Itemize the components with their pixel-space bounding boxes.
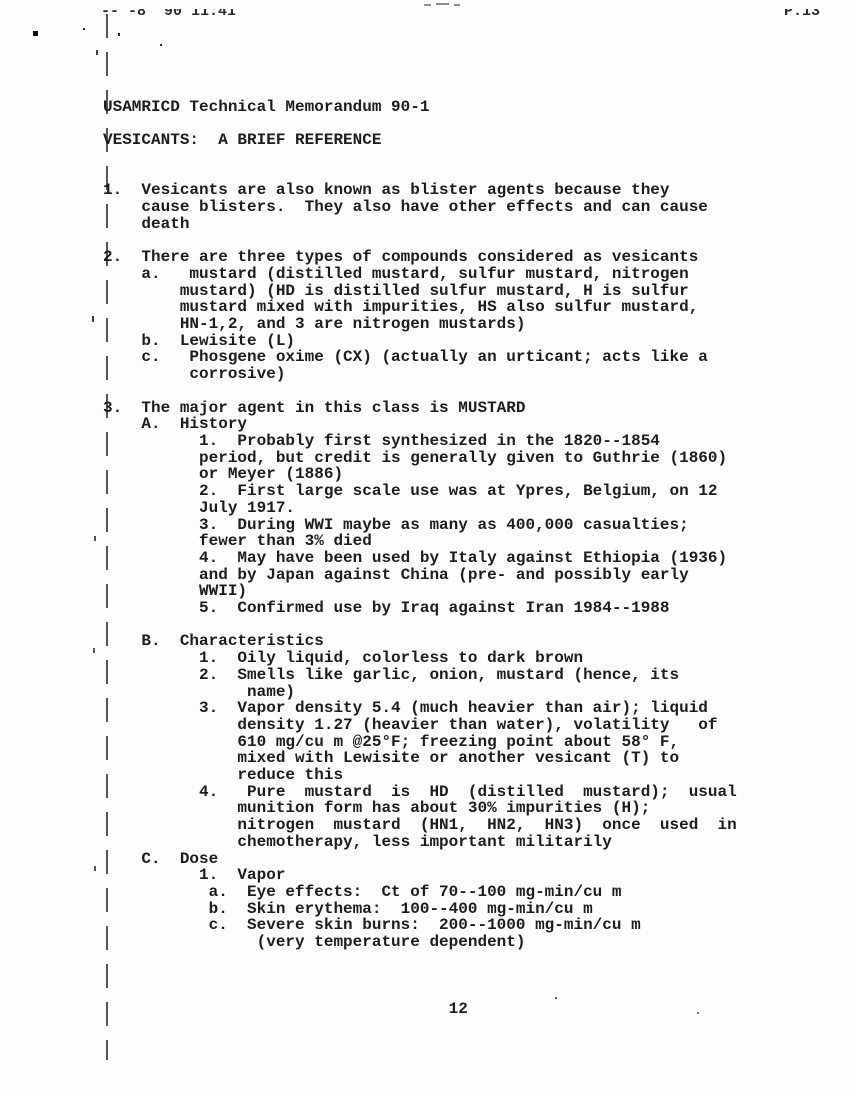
- text-block: USAMRICD Technical Memorandum 90-1 VESIC…: [103, 99, 737, 1034]
- document-line: chemotherapy, less important militarily: [103, 834, 737, 851]
- document-line: period, but credit is generally given to…: [103, 450, 737, 467]
- document-line: [103, 383, 737, 400]
- document-line: a. mustard (distilled mustard, sulfur mu…: [103, 266, 737, 283]
- document-line: death: [103, 216, 737, 233]
- scan-artifact-tick: [92, 316, 94, 322]
- document-line: mustard mixed with impurities, HS also s…: [103, 299, 737, 316]
- document-line: 4. May have been used by Italy against E…: [103, 550, 737, 567]
- page-number-text: 12: [449, 1000, 468, 1018]
- document-body: 1. Vesicants are also known as blister a…: [103, 182, 737, 950]
- scan-artifact-tick: [96, 50, 98, 55]
- document-line: (very temperature dependent): [103, 934, 737, 951]
- document-line: 1. Oily liquid, colorless to dark brown: [103, 650, 737, 667]
- scan-artifact-dash: [454, 4, 460, 6]
- spacer-line: [103, 116, 737, 133]
- document-line: [103, 233, 737, 250]
- fax-timestamp: -- -8 '90 11:41: [101, 9, 281, 20]
- scan-artifact-dot: [83, 28, 85, 30]
- document-line: 1. Probably first synthesized in the 182…: [103, 433, 737, 450]
- document-line: fewer than 3% died: [103, 533, 737, 550]
- fax-page-number: P.13: [784, 9, 844, 20]
- document-line: c. Severe skin burns: 200--1000 mg-min/c…: [103, 917, 737, 934]
- document-line: corrosive): [103, 366, 737, 383]
- document-line: b. Lewisite (L): [103, 333, 737, 350]
- scan-artifact-dash: [436, 3, 449, 5]
- document-line: nitrogen mustard (HN1, HN2, HN3) once us…: [103, 817, 737, 834]
- document-line: 1. Vapor: [103, 867, 737, 884]
- scan-artifact-dot: [118, 33, 120, 36]
- document-line: 610 mg/cu m @25°F; freezing point about …: [103, 734, 737, 751]
- document-line: 2. First large scale use was at Ypres, B…: [103, 483, 737, 500]
- document-line: 2. There are three types of compounds co…: [103, 249, 737, 266]
- scan-artifact-square: [33, 31, 38, 36]
- document-line: 4. Pure mustard is HD (distilled mustard…: [103, 784, 737, 801]
- document-line: mustard) (HD is distilled sulfur mustard…: [103, 283, 737, 300]
- document-line: 3. The major agent in this class is MUST…: [103, 400, 737, 417]
- document-line: density 1.27 (heavier than water), volat…: [103, 717, 737, 734]
- fax-timestamp-text: -- -8 '90 11:41: [101, 9, 281, 19]
- document-title: USAMRICD Technical Memorandum 90-1: [103, 99, 737, 116]
- document-line: July 1917.: [103, 500, 737, 517]
- document-line: cause blisters. They also have other eff…: [103, 199, 737, 216]
- document-line: 3. During WWI maybe as many as 400,000 c…: [103, 517, 737, 534]
- scan-artifact-tick: [94, 536, 96, 541]
- document-line: 1. Vesicants are also known as blister a…: [103, 182, 737, 199]
- scan-artifact-dot: [160, 44, 162, 46]
- document-line: and by Japan against China (pre- and pos…: [103, 567, 737, 584]
- document-line: 2. Smells like garlic, onion, mustard (h…: [103, 667, 737, 684]
- document-line: HN-1,2, and 3 are nitrogen mustards): [103, 316, 737, 333]
- document-line: 3. Vapor density 5.4 (much heavier than …: [103, 700, 737, 717]
- spacer-line: [103, 967, 737, 984]
- fax-page-number-text: P.13: [784, 9, 844, 19]
- scan-artifact-dash: [424, 4, 431, 6]
- document-line: reduce this: [103, 767, 737, 784]
- document-line: c. Phosgene oxime (CX) (actually an urti…: [103, 349, 737, 366]
- spacer-line: [103, 149, 737, 166]
- document-line: or Meyer (1886): [103, 466, 737, 483]
- spacer-line: [103, 951, 737, 968]
- scan-artifact-tick: [93, 648, 95, 653]
- document-line: 5. Confirmed use by Iraq against Iran 19…: [103, 600, 737, 617]
- document-line: b. Skin erythema: 100--400 mg-min/cu m: [103, 901, 737, 918]
- document-line: WWII): [103, 583, 737, 600]
- document-line: mixed with Lewisite or another vesicant …: [103, 750, 737, 767]
- page-number: 12: [103, 984, 737, 1034]
- document-line: A. History: [103, 416, 737, 433]
- document-line: munition form has about 30% impurities (…: [103, 800, 737, 817]
- document-line: a. Eye effects: Ct of 70--100 mg-min/cu …: [103, 884, 737, 901]
- scan-artifact-tick: [94, 866, 96, 871]
- spacer-line: [103, 166, 737, 183]
- document-line: C. Dose: [103, 851, 737, 868]
- document-subject: VESICANTS: A BRIEF REFERENCE: [103, 132, 737, 149]
- document-line: [103, 617, 737, 634]
- scanned-page: -- -8 '90 11:41 P.13 USAMRICD Technical …: [0, 0, 850, 1097]
- document-line: B. Characteristics: [103, 633, 737, 650]
- document-line: name): [103, 684, 737, 701]
